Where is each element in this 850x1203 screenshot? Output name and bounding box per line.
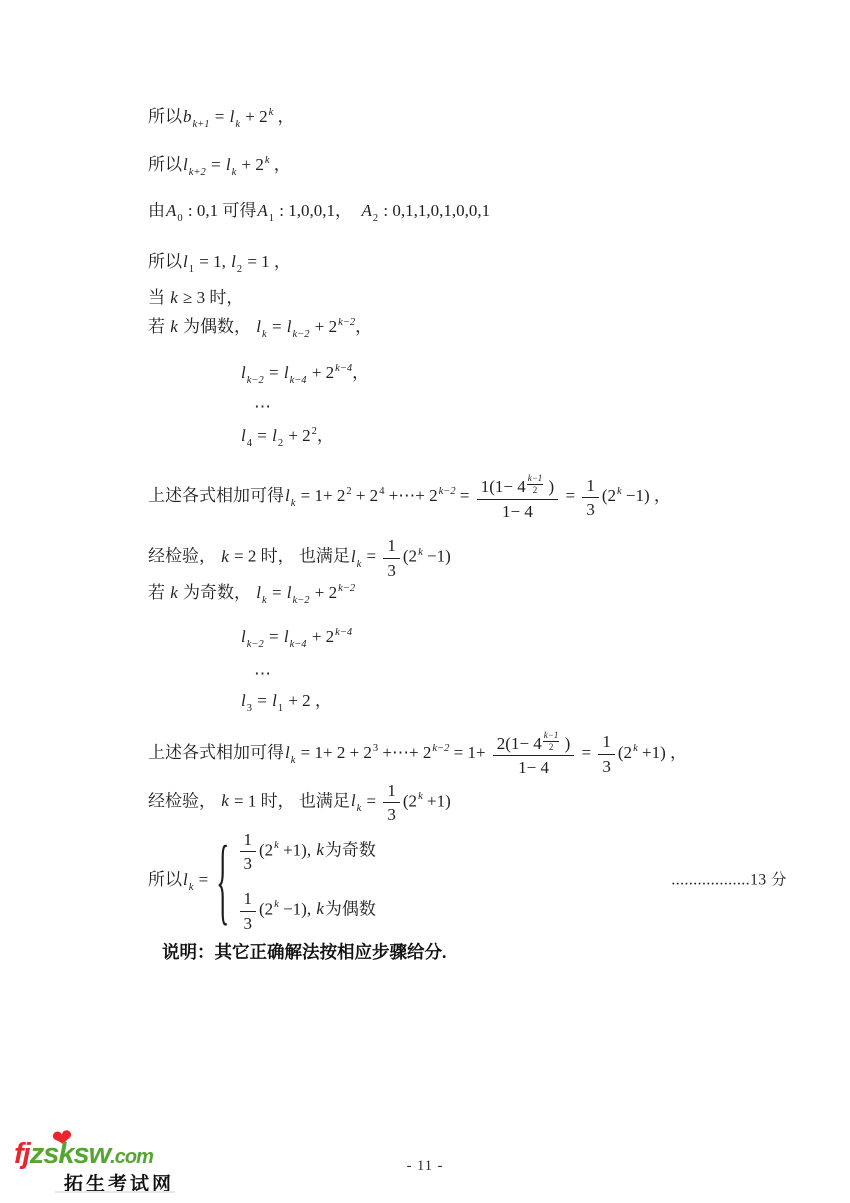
solution-line-6: 若 k 为偶数， lk = lk−2 + 2k−2， — [148, 316, 793, 342]
left-brace: { — [216, 815, 230, 947]
solution-line-8: ⋯ — [254, 396, 793, 419]
solution-line-12: 若 k 为奇数， lk = lk−2 + 2k−2 — [148, 582, 793, 608]
solution-line-3: 由A0 : 0,1 可得A1 : 1,0,0,1， A2 : 0,1,1,0,1… — [148, 200, 793, 226]
solution-line-9: l4 = l2 + 22， — [240, 425, 793, 451]
solution-line-10: 上述各式相加可得lk = 1+ 22 + 24 +⋯+ 2k−2 = 1(1− … — [148, 473, 793, 521]
piecewise-brace-group: {13(2k +1), k为奇数13(2k −1), k为偶数 — [215, 829, 376, 933]
page-number: - 11 - — [0, 1158, 850, 1175]
solution-line-5: 当 k ≥ 3 时， — [148, 287, 793, 310]
solution-line-7: lk−2 = lk−4 + 2k−4， — [240, 362, 793, 388]
solution-line-13: lk−2 = lk−4 + 2k−4 — [240, 626, 793, 652]
solution-line-17: 经检验， k = 1 时， 也满足lk = 13(2k +1) — [148, 780, 793, 825]
solution-line-18: 所以lk = {13(2k +1), k为奇数13(2k −1), k为偶数..… — [148, 829, 793, 933]
solution-line-19: 说明：其它正确解法按相应步骤给分. — [162, 941, 793, 965]
solution-line-16: 上述各式相加可得lk = 1+ 2 + 23 +⋯+ 2k−2 = 1+ 2(1… — [148, 730, 793, 778]
solution-line-4: 所以l1 = 1, l2 = 1 ， — [148, 251, 793, 277]
solution-line-15: l3 = l1 + 2 ， — [240, 690, 793, 716]
solution-line-2: 所以lk+2 = lk + 2k ， — [148, 154, 793, 180]
solution-content: 所以bk+1 = lk + 2k ，所以lk+2 = lk + 2k ，由A0 … — [148, 106, 793, 965]
scan-artifact-line — [55, 1191, 175, 1193]
document-page: 所以bk+1 = lk + 2k ，所以lk+2 = lk + 2k ，由A0 … — [0, 0, 850, 1203]
score-label: ..................13 分 — [671, 871, 787, 892]
solution-line-14: ⋯ — [254, 663, 793, 686]
solution-line-1: 所以bk+1 = lk + 2k ， — [148, 106, 793, 132]
solution-line-11: 经检验， k = 2 时， 也满足lk = 13(2k −1) — [148, 535, 793, 580]
